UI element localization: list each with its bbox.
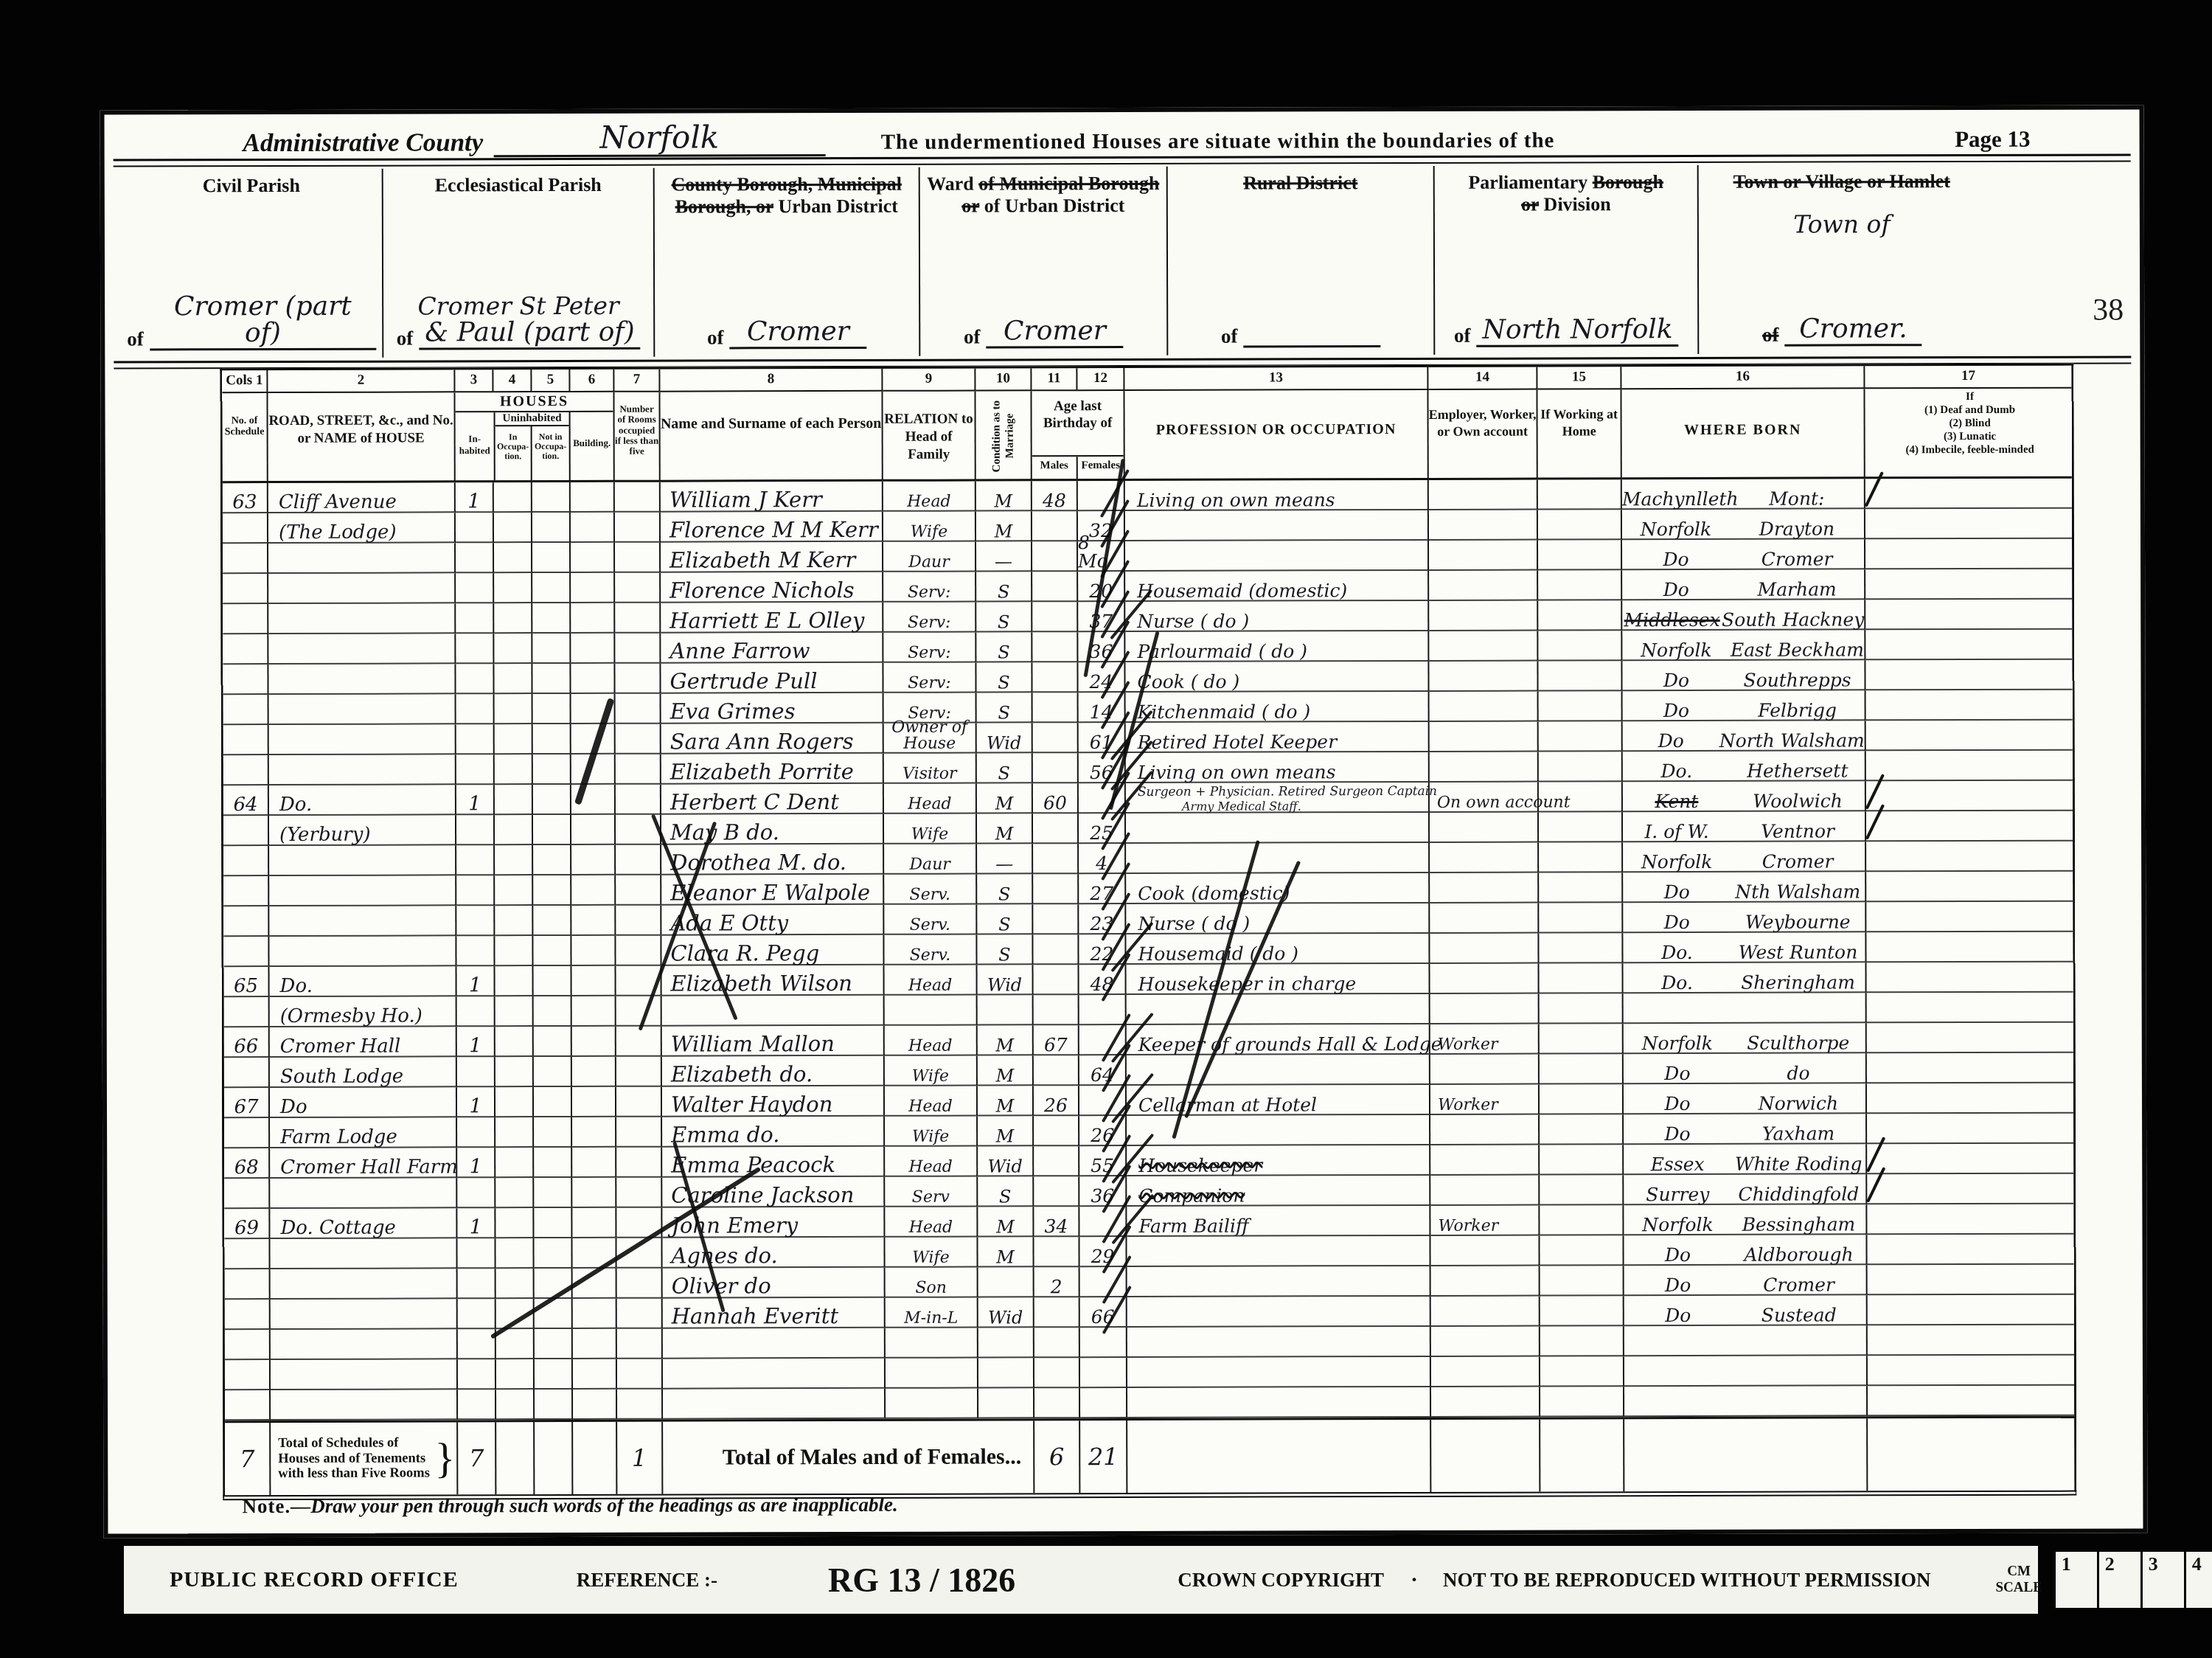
- person-name: William J Kerr: [661, 482, 883, 513]
- totals-label: Total of Schedules of Houses and of Tene…: [271, 1422, 458, 1495]
- uninhabited-not-in-occupation: [532, 634, 571, 664]
- rooms: [617, 1269, 663, 1299]
- uninhabited-not-in-occupation: [535, 1390, 573, 1420]
- occupation: Housekeeper in charge: [1127, 964, 1430, 995]
- infirmity: [1866, 811, 2073, 842]
- born-county: Do.: [1624, 974, 1731, 992]
- table-row: Caroline Jackson Serv S 36 Companion Sur…: [224, 1174, 2073, 1210]
- person-name: [663, 1389, 886, 1420]
- header-age: Age last Birthday of: [1032, 391, 1123, 455]
- rooms: [616, 694, 661, 724]
- occupation: [1127, 1387, 1431, 1418]
- working-at-home: [1538, 479, 1622, 510]
- eccl-parish-value-line2: & Paul (part of): [419, 319, 641, 350]
- employer-status: Worker: [1430, 1024, 1540, 1055]
- column-number: 4: [493, 370, 532, 392]
- rooms: [616, 906, 661, 936]
- table-row: Eva Grimes Serv: S 14 Kitchenmaid ( do )…: [223, 690, 2073, 726]
- working-at-home: [1539, 873, 1623, 903]
- header-houses-group: HOUSES In-habited Uninhabited In Occupa-…: [455, 392, 614, 483]
- person-name: William Mallon: [662, 1026, 885, 1057]
- address: (The Lodge): [268, 513, 456, 544]
- where-born: Norfolk Bessingham: [1624, 1204, 1867, 1235]
- age-male: [1034, 1176, 1079, 1207]
- age-female: [1080, 1358, 1127, 1388]
- where-born: Norfolk Sculthorpe: [1624, 1023, 1867, 1054]
- uninhabited-in-occupation: [495, 936, 533, 966]
- born-county: Norfolk: [1622, 520, 1730, 538]
- marriage-condition: M: [978, 1207, 1034, 1237]
- occupation: [1127, 994, 1430, 1025]
- infirmity: [1867, 993, 2073, 1024]
- occupation: Living on own means: [1126, 752, 1430, 783]
- born-county: Do: [1623, 732, 1719, 750]
- schedule-number: [223, 634, 268, 665]
- working-at-home: [1538, 600, 1622, 631]
- uninhabited-not-in-occupation: [534, 1057, 572, 1087]
- address: Cromer Hall Farm: [270, 1148, 457, 1179]
- inhabited-mark: [458, 1269, 496, 1299]
- where-born: Do. Sheringham: [1624, 962, 1867, 993]
- born-place: North Walsham: [1719, 731, 1865, 750]
- building: [572, 1148, 616, 1178]
- employer-status: [1430, 843, 1539, 873]
- working-at-home: [1539, 933, 1623, 963]
- parliamentary-label: Parliamentary Borough or Division: [1441, 171, 1691, 216]
- column-number: 11: [1032, 368, 1077, 391]
- marriage-condition: S: [976, 602, 1032, 632]
- relation-to-head: Serv:: [883, 633, 976, 663]
- schedule-number: [224, 1239, 270, 1269]
- marriage-condition: M: [978, 1025, 1034, 1055]
- where-born: Norfolk Cromer: [1623, 842, 1866, 873]
- scale-tick: 2: [2097, 1550, 2143, 1610]
- building: [571, 936, 616, 966]
- occupation: Living on own means: [1125, 480, 1429, 511]
- employer-status: [1429, 662, 1538, 692]
- born-place: White Roding: [1731, 1154, 1865, 1173]
- working-at-home: [1538, 661, 1622, 691]
- admin-county-row: Administrative County Norfolk: [243, 122, 826, 158]
- born-place: Marham: [1730, 580, 1864, 598]
- infirmity: [1865, 509, 2072, 540]
- born-place: West Runton: [1731, 943, 1865, 961]
- person-name: [663, 1359, 886, 1390]
- inhabited-mark: [458, 1299, 496, 1329]
- infirmity: [1868, 1356, 2074, 1387]
- age-male: [1033, 904, 1079, 934]
- parliamentary-value: North Norfolk: [1476, 316, 1678, 347]
- uninhabited-not-in-occupation: [535, 1269, 573, 1299]
- age-male: [1034, 995, 1079, 1025]
- age-female: [1080, 1388, 1127, 1418]
- schedule-number: [224, 1058, 270, 1088]
- age-male: [1032, 632, 1078, 662]
- age-male: [1033, 934, 1079, 965]
- employer-status: [1431, 1357, 1540, 1387]
- address: [268, 664, 456, 695]
- employer-status: [1429, 480, 1538, 510]
- address: Do.: [269, 785, 456, 816]
- working-at-home: [1540, 1326, 1624, 1356]
- table-row: Eleanor E Walpole Serv. S 27 Cook (domes…: [223, 872, 2073, 907]
- person-name: May B do.: [661, 814, 884, 845]
- table-row: Oliver do Son 2 Do Cromer: [225, 1265, 2074, 1300]
- schedule-number: 69: [224, 1209, 270, 1239]
- building: [571, 543, 615, 573]
- header-name: Name and Surname of each Person: [660, 392, 883, 482]
- employer-status: Worker: [1430, 1206, 1540, 1236]
- admin-county-label: Administrative County: [243, 128, 484, 158]
- person-name: Clara R. Pegg: [661, 935, 884, 966]
- uninhabited-in-occupation: [494, 543, 532, 573]
- person-name: Florence Nichols: [661, 572, 883, 603]
- table-row: (Ormesby Ho.): [224, 993, 2073, 1028]
- where-born: Do Norwich: [1624, 1083, 1867, 1114]
- occupation: Housekeeper: [1127, 1145, 1430, 1176]
- born-county: Surrey: [1624, 1185, 1731, 1204]
- uninhabited-in-occupation: [495, 755, 533, 785]
- header-uninhabited: Uninhabited: [495, 412, 569, 426]
- ward-value: Cromer: [986, 318, 1123, 348]
- table-body: 63 Cliff Avenue 1 William J Kerr Head M …: [223, 479, 2074, 1421]
- occupation: Parlourmaid ( do ): [1125, 631, 1429, 662]
- employer-status: [1430, 994, 1540, 1024]
- column-number: 14: [1428, 367, 1537, 390]
- occupation: Housemaid ( do ): [1126, 934, 1430, 965]
- where-born: [1624, 1356, 1868, 1387]
- inhabited-mark: [456, 694, 495, 724]
- schedule-number: [223, 846, 269, 876]
- address: [269, 694, 456, 725]
- working-at-home: [1540, 1175, 1624, 1205]
- infirmity: [1866, 690, 2073, 721]
- totals-schedule-count: 7: [225, 1423, 271, 1495]
- infirmity: [1866, 781, 2073, 812]
- marriage-condition: M: [978, 1116, 1034, 1146]
- uninhabited-in-occupation: [495, 1148, 534, 1178]
- working-at-home: [1540, 1205, 1624, 1235]
- born-county: Do: [1624, 1276, 1732, 1294]
- uninhabited-not-in-occupation: [534, 1148, 572, 1178]
- schedule-number: [223, 937, 269, 967]
- rooms: [616, 785, 661, 815]
- born-county: Do.: [1623, 762, 1731, 780]
- ward-label: Ward of Municipal Borough or of Urban Di…: [926, 173, 1161, 218]
- born-county: Norfolk: [1622, 641, 1730, 659]
- inhabited-mark: [456, 906, 495, 936]
- address: [269, 724, 456, 755]
- table-row: Elizabeth Porrite Visitor S 56 Living on…: [223, 751, 2073, 786]
- where-born: [1624, 1386, 1868, 1417]
- born-place: East Beckham: [1730, 640, 1864, 659]
- uninhabited-not-in-occupation: [533, 936, 571, 966]
- column-number: 12: [1077, 368, 1124, 391]
- person-name: Emma Peacock: [662, 1147, 885, 1178]
- header-females: Females: [1078, 457, 1124, 479]
- person-name: Gertrude Pull: [661, 663, 883, 694]
- totals-males-females-label: Total of Males and of Females...: [663, 1421, 1034, 1494]
- born-county: Kent: [1623, 792, 1731, 811]
- born-county: Do: [1624, 1095, 1731, 1113]
- relation-to-head: Daur: [884, 844, 977, 875]
- building: [572, 1208, 616, 1238]
- address: [269, 936, 456, 967]
- age-male: [1034, 965, 1079, 995]
- inhabited-mark: [457, 996, 495, 1027]
- uninhabited-in-occupation: [494, 634, 532, 664]
- age-male: [1032, 662, 1078, 693]
- infirmity: [1866, 872, 2073, 903]
- relation-to-head: Head: [884, 784, 977, 814]
- where-born: Do. West Runton: [1623, 932, 1866, 963]
- marriage-condition: M: [976, 481, 1032, 511]
- uninhabited-in-occupation: [496, 1329, 535, 1359]
- uninhabited-not-in-occupation: [533, 906, 571, 936]
- relation-to-head: Head: [885, 965, 978, 996]
- employer-status: [1429, 631, 1538, 662]
- building: [572, 996, 616, 1027]
- column-number: 8: [660, 369, 883, 392]
- table-header-row: No. of Schedule ROAD, STREET, &c., and N…: [222, 389, 2071, 484]
- building: [571, 634, 615, 664]
- occupation: Retired Hotel Keeper: [1126, 722, 1430, 753]
- header-in-occupation: In Occupa-tion.: [495, 426, 532, 480]
- crown-copyright-label: CROWN COPYRIGHT: [1178, 1569, 1384, 1592]
- person-name: Anne Farrow: [661, 633, 883, 664]
- table-row: Sara Ann Rogers Owner of House Wid 61 Re…: [223, 721, 2073, 756]
- rooms: [615, 513, 661, 543]
- rooms: [616, 996, 662, 1027]
- column-number: 10: [975, 368, 1032, 391]
- born-place: Cromer: [1730, 549, 1864, 568]
- relation-to-head: Son: [886, 1268, 978, 1298]
- header-road: ROAD, STREET, &c., and No. or NAME of HO…: [268, 392, 455, 483]
- person-name: [663, 1328, 886, 1359]
- marriage-condition: [978, 1388, 1034, 1418]
- occupation: [1125, 541, 1429, 572]
- marriage-condition: M: [978, 1086, 1034, 1116]
- table-row: Hannah Everitt M-in-L Wid 66 Do Sustead: [225, 1295, 2074, 1331]
- uninhabited-not-in-occupation: [532, 543, 571, 573]
- inhabited-mark: [456, 755, 495, 785]
- working-at-home: [1539, 812, 1623, 842]
- employer-status: [1429, 510, 1538, 541]
- born-place: Aldborough: [1732, 1245, 1866, 1263]
- totals-inhabited-count: 7: [458, 1422, 496, 1494]
- uninhabited-not-in-occupation: [533, 875, 571, 906]
- schedule-number: [223, 513, 268, 544]
- employer-status: [1430, 1236, 1540, 1266]
- age-male: [1034, 1388, 1080, 1418]
- inhabited-mark: [457, 1117, 495, 1148]
- born-place: do: [1731, 1064, 1865, 1082]
- schedule-number: 63: [223, 483, 268, 513]
- rooms: [615, 543, 661, 573]
- born-place: Mont:: [1730, 489, 1864, 507]
- header-condition: Condition as to Marriage: [975, 391, 1032, 481]
- person-name: [662, 996, 885, 1027]
- town-hand-label: Town of: [1705, 212, 1979, 238]
- reproduction-notice: NOT TO BE REPRODUCED WITHOUT PERMISSION: [1443, 1569, 1930, 1592]
- totals-rooms-count: 1: [617, 1422, 663, 1494]
- table-row: Elizabeth M Kerr Daur — 8 Mo Do Cromer: [223, 539, 2072, 575]
- person-name: Agnes do.: [662, 1238, 885, 1269]
- building: [572, 1117, 616, 1148]
- born-place: Woolwich: [1731, 791, 1865, 810]
- inhabited-mark: 1: [457, 1087, 495, 1117]
- employer-status: [1430, 1115, 1540, 1145]
- table-row: [225, 1356, 2074, 1391]
- eccl-parish-value-line1: Cromer St Peter: [389, 294, 647, 320]
- table-row: South Lodge Elizabeth do. Wife M 64 Do d…: [224, 1053, 2073, 1089]
- table-row: 64 Do. 1 Herbert C Dent Head M 60 Surgeo…: [223, 781, 2073, 816]
- age-male: [1032, 541, 1078, 572]
- uninhabited-in-occupation: [495, 815, 533, 845]
- born-county: Do: [1622, 580, 1730, 599]
- occupation: Nurse ( do ): [1125, 601, 1429, 632]
- address: [268, 603, 456, 634]
- uninhabited-not-in-occupation: [533, 694, 571, 724]
- uninhabited-not-in-occupation: [532, 573, 571, 603]
- table-row: Farm Lodge Emma do. Wife M 26 Do Yaxham: [224, 1114, 2073, 1149]
- microfilm-footer-bar: PUBLIC RECORD OFFICE REFERENCE :- RG 13 …: [124, 1546, 2038, 1614]
- schedule-number: [223, 665, 268, 695]
- age-male: 2: [1034, 1267, 1080, 1297]
- relation-to-head: Wife: [884, 814, 977, 844]
- infirmity: [1867, 1174, 2073, 1205]
- schedule-number: 64: [223, 785, 269, 816]
- inhabited-mark: [456, 573, 494, 603]
- working-at-home: [1539, 842, 1623, 873]
- employer-status: [1430, 934, 1539, 964]
- schedule-number: [223, 544, 268, 574]
- totals-row: 7 Total of Schedules of Houses and of Te…: [225, 1416, 2074, 1496]
- where-born: Do do: [1624, 1053, 1867, 1084]
- occupation: [1126, 843, 1430, 874]
- table-row: Harriett E L Olley Serv: S 37 Nurse ( do…: [223, 600, 2072, 635]
- rooms: [616, 936, 661, 966]
- infirmity: [1866, 932, 2073, 963]
- table-row: 65 Do. 1 Elizabeth Wilson Head Wid 48 Ho…: [224, 962, 2073, 998]
- infirmity: [1868, 1295, 2074, 1326]
- relation-to-head: Serv.: [884, 935, 977, 965]
- uninhabited-in-occupation: [495, 966, 534, 996]
- header-where-born: WHERE BORN: [1621, 389, 1865, 479]
- infirmity: [1866, 902, 2073, 933]
- inhabited-mark: [456, 724, 495, 755]
- reference-value: RG 13 / 1826: [828, 1561, 1015, 1600]
- born-place: Weybourne: [1731, 912, 1865, 931]
- employer-status: [1430, 1055, 1540, 1085]
- relation-to-head: Head: [885, 1026, 978, 1056]
- column-number: Cols 1: [222, 370, 268, 393]
- occupation: Farm Bailiff: [1127, 1206, 1430, 1237]
- uninhabited-in-occupation: [494, 513, 532, 543]
- born-county: Middlesex: [1622, 611, 1722, 629]
- employer-status: [1430, 813, 1539, 843]
- where-born: Machynlleth Mont:: [1622, 479, 1865, 510]
- where-born: Do Yaxham: [1624, 1114, 1867, 1145]
- occupation: Companion: [1127, 1176, 1430, 1207]
- born-place: Yaxham: [1731, 1124, 1865, 1142]
- marriage-condition: Wid: [978, 965, 1034, 995]
- urban-district-value: Cromer: [729, 319, 866, 349]
- inhabited-mark: [458, 1359, 496, 1390]
- inhabited-mark: [456, 603, 494, 634]
- where-born: Do Aldborough: [1624, 1235, 1867, 1266]
- born-place: Hethersett: [1731, 761, 1865, 780]
- employer-status: [1430, 692, 1539, 722]
- infirmity: [1866, 751, 2073, 782]
- address: Do: [270, 1087, 457, 1118]
- employer-status: [1431, 1387, 1540, 1418]
- uninhabited-in-occupation: [496, 1359, 535, 1390]
- page-number: Page 13: [1955, 126, 2031, 153]
- building: [572, 966, 616, 996]
- address: [268, 573, 456, 604]
- infirmity: [1866, 721, 2073, 752]
- table-row: 68 Cromer Hall Farm 1 Emma Peacock Head …: [224, 1144, 2073, 1179]
- working-at-home: [1539, 903, 1623, 933]
- age-female: [1079, 995, 1127, 1025]
- building: [572, 1057, 616, 1087]
- totals-females: 21: [1080, 1421, 1127, 1493]
- person-name: Harriett E L Olley: [661, 603, 883, 634]
- address: [268, 543, 456, 574]
- infirmity: [1865, 569, 2072, 600]
- header-inhabited: In-habited: [456, 412, 494, 480]
- header-profession: PROFESSION OR OCCUPATION: [1124, 390, 1428, 481]
- rooms: [616, 875, 661, 906]
- building: [572, 1027, 616, 1057]
- employer-status: [1429, 571, 1538, 601]
- born-place: Drayton: [1730, 519, 1864, 538]
- uninhabited-in-occupation: [496, 1390, 535, 1420]
- schedule-number: [223, 816, 269, 846]
- census-scan-screen: Administrative County Norfolk The underm…: [0, 0, 2212, 1658]
- rural-district-box: Rural District of: [1168, 166, 1436, 355]
- column-number: 17: [1865, 366, 2071, 389]
- uninhabited-not-in-occupation: [532, 603, 571, 634]
- schedule-number: [223, 574, 268, 604]
- parliamentary-box: Parliamentary Borough or Division ofNort…: [1435, 165, 1700, 355]
- uninhabited-not-in-occupation: [535, 1359, 573, 1390]
- schedule-number: [225, 1360, 271, 1390]
- age-male: [1034, 1146, 1079, 1176]
- infirmity: [1867, 1083, 2073, 1114]
- civil-parish-box: Civil Parish ofCromer (part of): [121, 169, 384, 358]
- relation-to-head: M-in-L: [886, 1298, 978, 1328]
- inhabited-mark: [457, 1057, 495, 1087]
- relation-to-head: [886, 1328, 978, 1359]
- working-at-home: [1540, 963, 1624, 993]
- uninhabited-in-occupation: [495, 906, 533, 936]
- born-place: Southrepps: [1730, 670, 1864, 689]
- schedule-number: [223, 755, 269, 785]
- occupation: Cook (domestic): [1126, 873, 1430, 904]
- building: [573, 1299, 617, 1329]
- header-males: Males: [1032, 457, 1078, 479]
- relation-to-head: Wife: [883, 512, 976, 542]
- occupation: Surgeon + Physician. Retired Surgeon Cap…: [1126, 783, 1430, 814]
- infirmity: [1868, 1265, 2074, 1296]
- where-born: Do North Walsham: [1623, 721, 1866, 752]
- person-name: Oliver do: [663, 1268, 886, 1299]
- address: [271, 1359, 458, 1390]
- rooms: [615, 573, 661, 603]
- building: [571, 906, 616, 936]
